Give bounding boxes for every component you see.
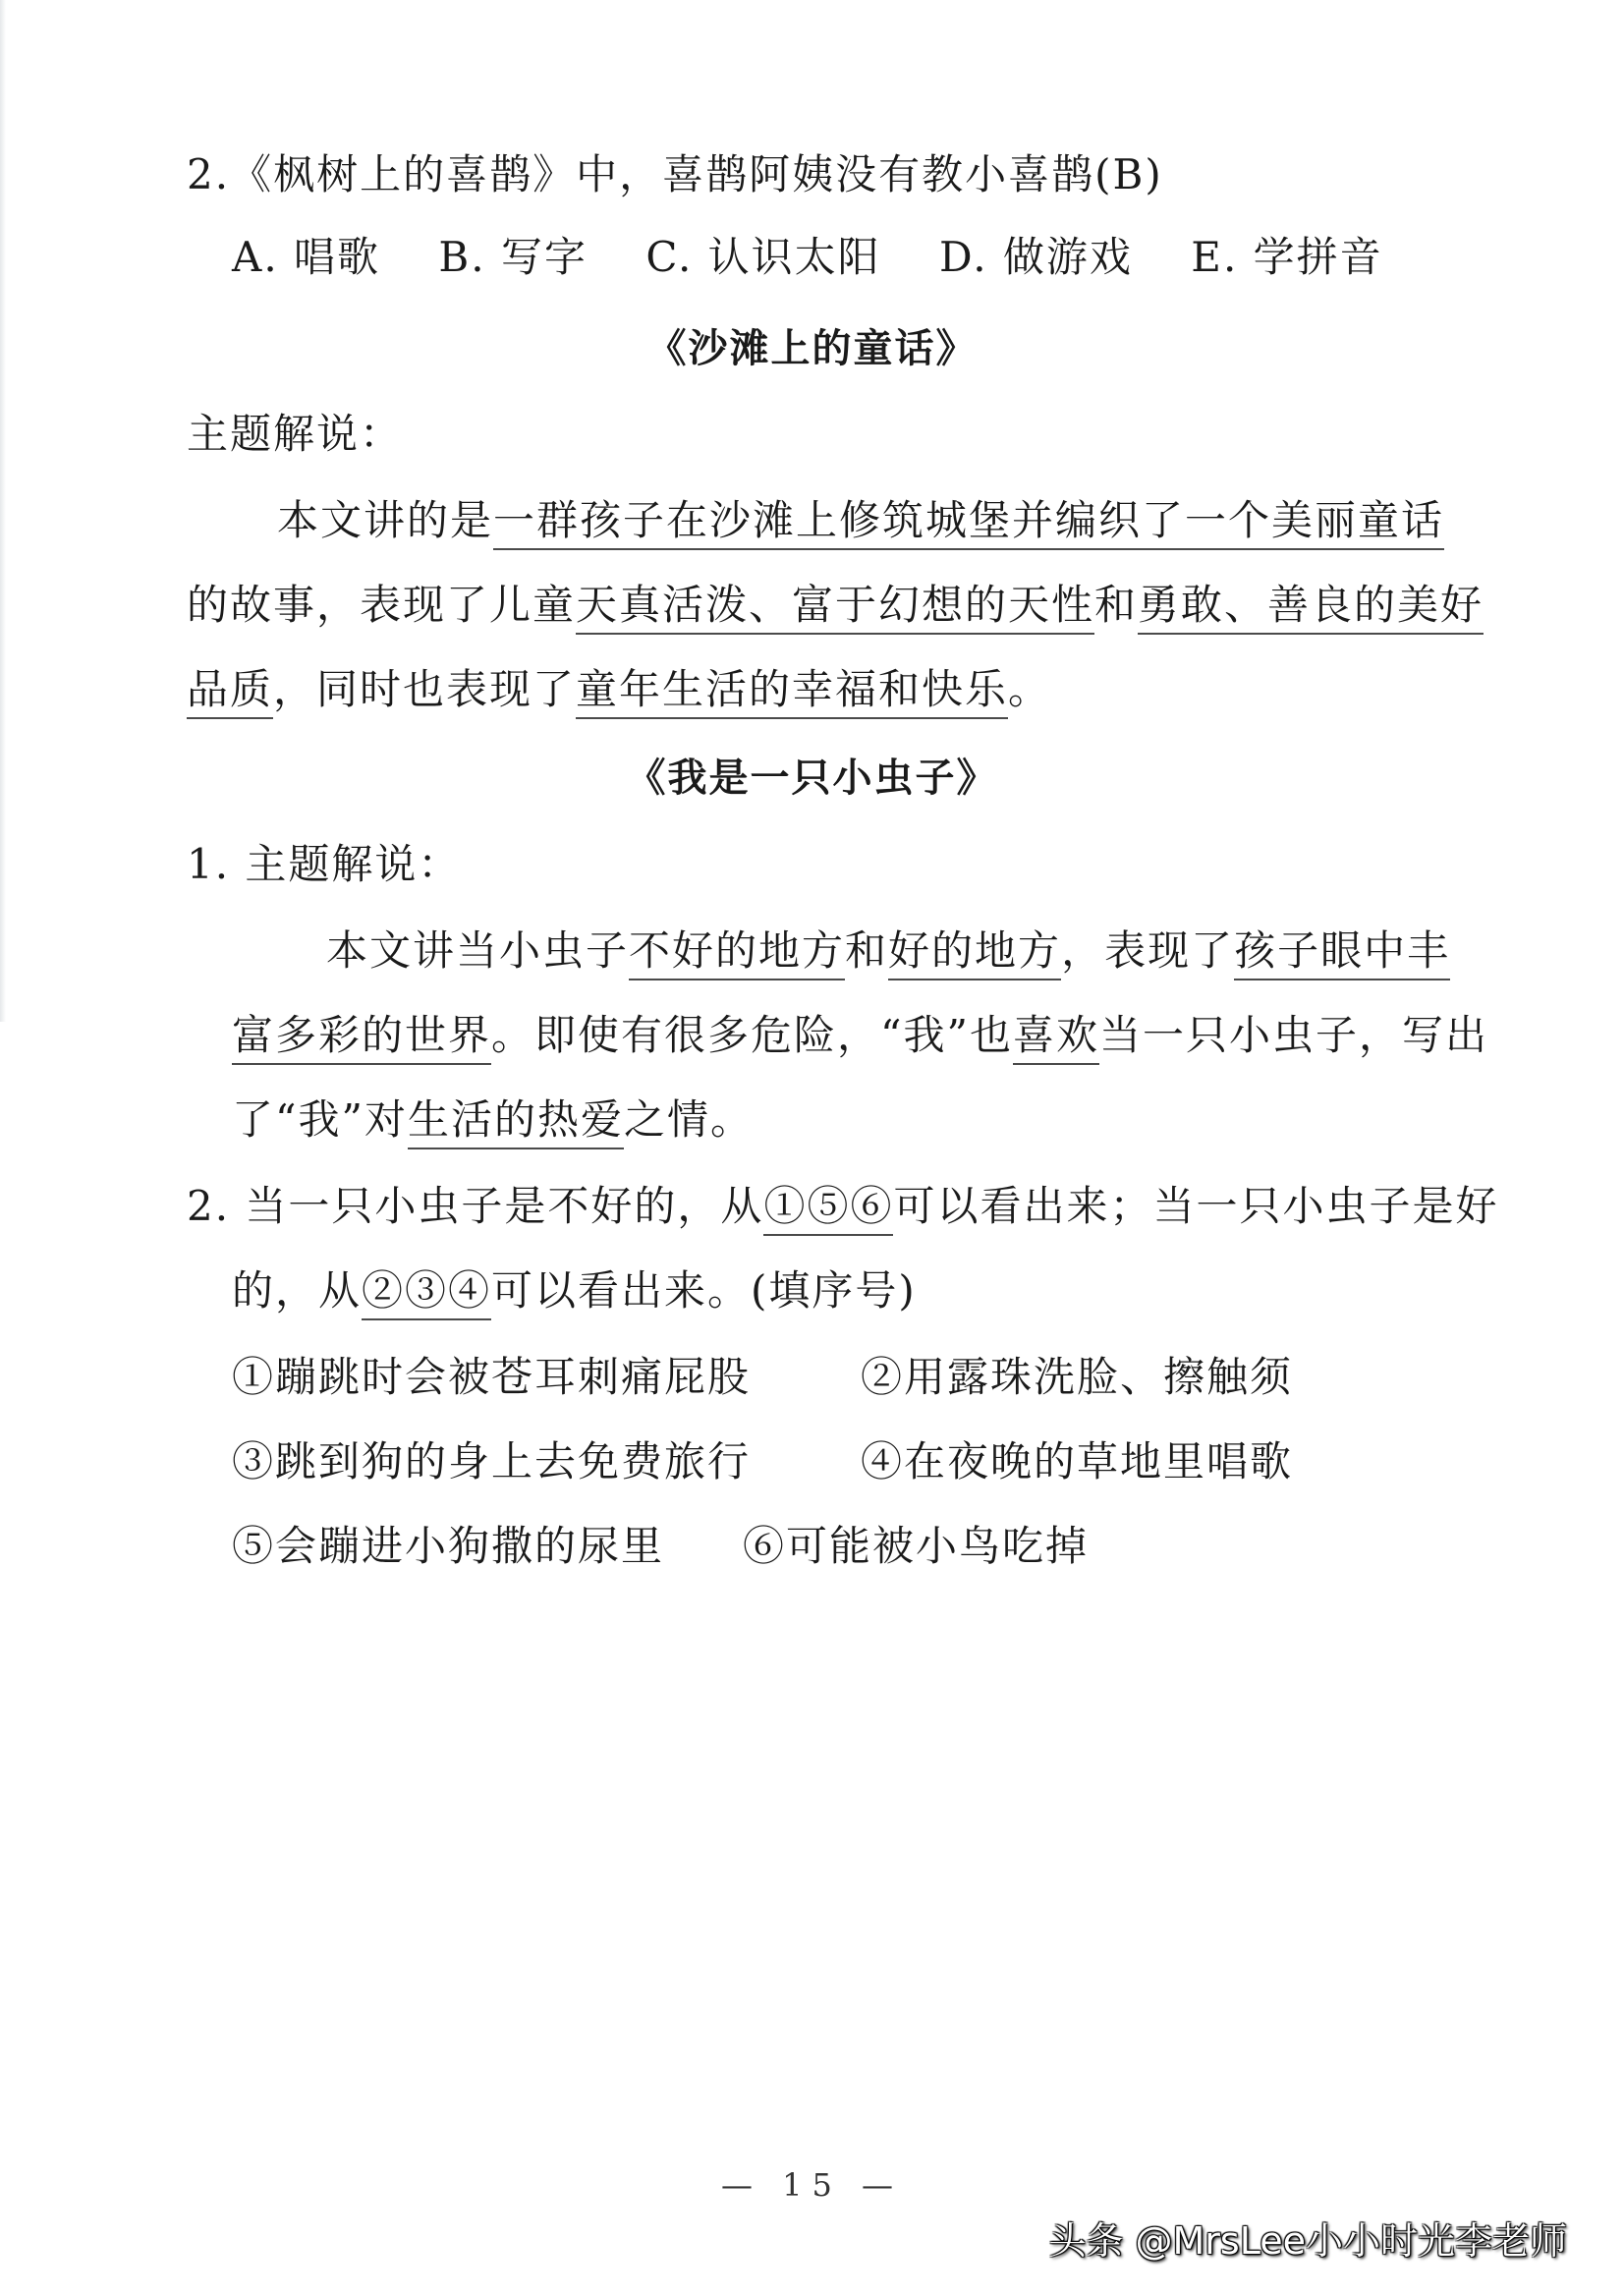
underlined-answer: 品质 xyxy=(187,665,273,719)
text: 了“我”对 xyxy=(232,1095,408,1144)
items-row-1: ①蹦跳时会被苍耳刺痛屁股②用露珠洗脸、擦触须 xyxy=(232,1348,1293,1407)
text: 本文讲当小虫子 xyxy=(326,926,629,975)
option-d: D. 做游戏 xyxy=(939,233,1133,281)
items-row-3: ⑤会蹦进小狗撒的尿里⑥可能被小鸟吃掉 xyxy=(232,1517,1089,1576)
text: 的，从 xyxy=(232,1266,362,1315)
question-2-seagull: 2.《枫树上的喜鹊》中，喜鹊阿姨没有教小喜鹊(B) xyxy=(187,145,1163,204)
beach-para-line-1: 本文讲的是一群孩子在沙滩上修筑城堡并编织了一个美丽童话 xyxy=(277,491,1444,550)
underlined-answer: 天真活泼、富于幻想的天性 xyxy=(576,581,1094,635)
underlined-answer: 生活的热爱 xyxy=(408,1095,624,1149)
underlined-answer: 富多彩的世界 xyxy=(232,1011,491,1065)
beach-para-line-2: 的故事，表现了儿童天真活泼、富于幻想的天性和勇敢、善良的美好 xyxy=(187,576,1484,635)
scan-edge xyxy=(0,0,6,1022)
bug-question-2-line-1: 2. 当一只小虫子是不好的，从①⑤⑥可以看出来；当一只小虫子是好 xyxy=(187,1177,1498,1236)
bug-para-line-3: 了“我”对生活的热爱之情。 xyxy=(232,1091,754,1149)
list-item: ①蹦跳时会被苍耳刺痛屁股 xyxy=(232,1348,861,1407)
watermark: 头条 @MrsLee小小时光李老师 xyxy=(1048,2211,1567,2265)
text: 。即使有很多危险，“我”也 xyxy=(491,1011,1013,1059)
page-number: — 15 — xyxy=(0,2166,1624,2204)
option-e: E. 学拼音 xyxy=(1191,233,1382,281)
section-title-beach: 《沙滩上的童话》 xyxy=(0,319,1624,378)
text: 之情。 xyxy=(624,1095,754,1144)
text: 可以看出来。(填序号) xyxy=(491,1266,917,1315)
underlined-answer: 孩子眼中丰 xyxy=(1234,926,1450,980)
underlined-answer: ①⑤⑥ xyxy=(763,1182,893,1236)
text: 。 xyxy=(1008,665,1051,713)
text: 和 xyxy=(845,926,888,975)
underlined-answer: 童年生活的幸福和快乐 xyxy=(576,665,1008,719)
list-item: ④在夜晚的草地里唱歌 xyxy=(861,1432,1293,1491)
text: ，表现了 xyxy=(1061,926,1234,975)
text: ，同时也表现了 xyxy=(273,665,576,713)
options-row: A. 唱歌 B. 写字 C. 认识太阳 D. 做游戏 E. 学拼音 xyxy=(232,228,1427,287)
heading-theme-beach: 主题解说： xyxy=(187,405,403,464)
option-a: A. 唱歌 xyxy=(232,233,380,281)
underlined-answer: 好的地方 xyxy=(888,926,1061,980)
option-b: B. 写字 xyxy=(438,233,588,281)
bug-para-line-1: 本文讲当小虫子不好的地方和好的地方，表现了孩子眼中丰 xyxy=(326,922,1450,980)
underlined-answer: 勇敢、善良的美好 xyxy=(1138,581,1484,635)
underlined-answer: 不好的地方 xyxy=(629,926,845,980)
list-item: ②用露珠洗脸、擦触须 xyxy=(861,1348,1293,1407)
bug-para-line-2: 富多彩的世界。即使有很多危险，“我”也喜欢当一只小虫子，写出 xyxy=(232,1006,1488,1065)
underlined-answer: 一群孩子在沙滩上修筑城堡并编织了一个美丽童话 xyxy=(493,496,1444,550)
list-item: ⑥可能被小鸟吃掉 xyxy=(743,1517,1089,1576)
beach-para-line-3: 品质，同时也表现了童年生活的幸福和快乐。 xyxy=(187,660,1051,719)
text: 可以看出来；当一只小虫子是好 xyxy=(893,1182,1498,1230)
underlined-answer: 喜欢 xyxy=(1013,1011,1099,1065)
section-title-bug: 《我是一只小虫子》 xyxy=(0,749,1624,808)
underlined-answer: ②③④ xyxy=(362,1266,491,1320)
list-item: ⑤会蹦进小狗撒的尿里 xyxy=(232,1517,743,1576)
heading-theme-bug: 1. 主题解说： xyxy=(187,835,461,894)
bug-question-2-line-2: 的，从②③④可以看出来。(填序号) xyxy=(232,1261,917,1320)
text: 2. 当一只小虫子是不好的，从 xyxy=(187,1182,763,1230)
items-row-2: ③跳到狗的身上去免费旅行④在夜晚的草地里唱歌 xyxy=(232,1432,1293,1491)
text: 和 xyxy=(1094,581,1138,629)
text: 的故事，表现了儿童 xyxy=(187,581,576,629)
option-c: C. 认识太阳 xyxy=(645,233,880,281)
text: 本文讲的是 xyxy=(277,496,493,544)
text: 当一只小虫子，写出 xyxy=(1099,1011,1488,1059)
list-item: ③跳到狗的身上去免费旅行 xyxy=(232,1432,861,1491)
